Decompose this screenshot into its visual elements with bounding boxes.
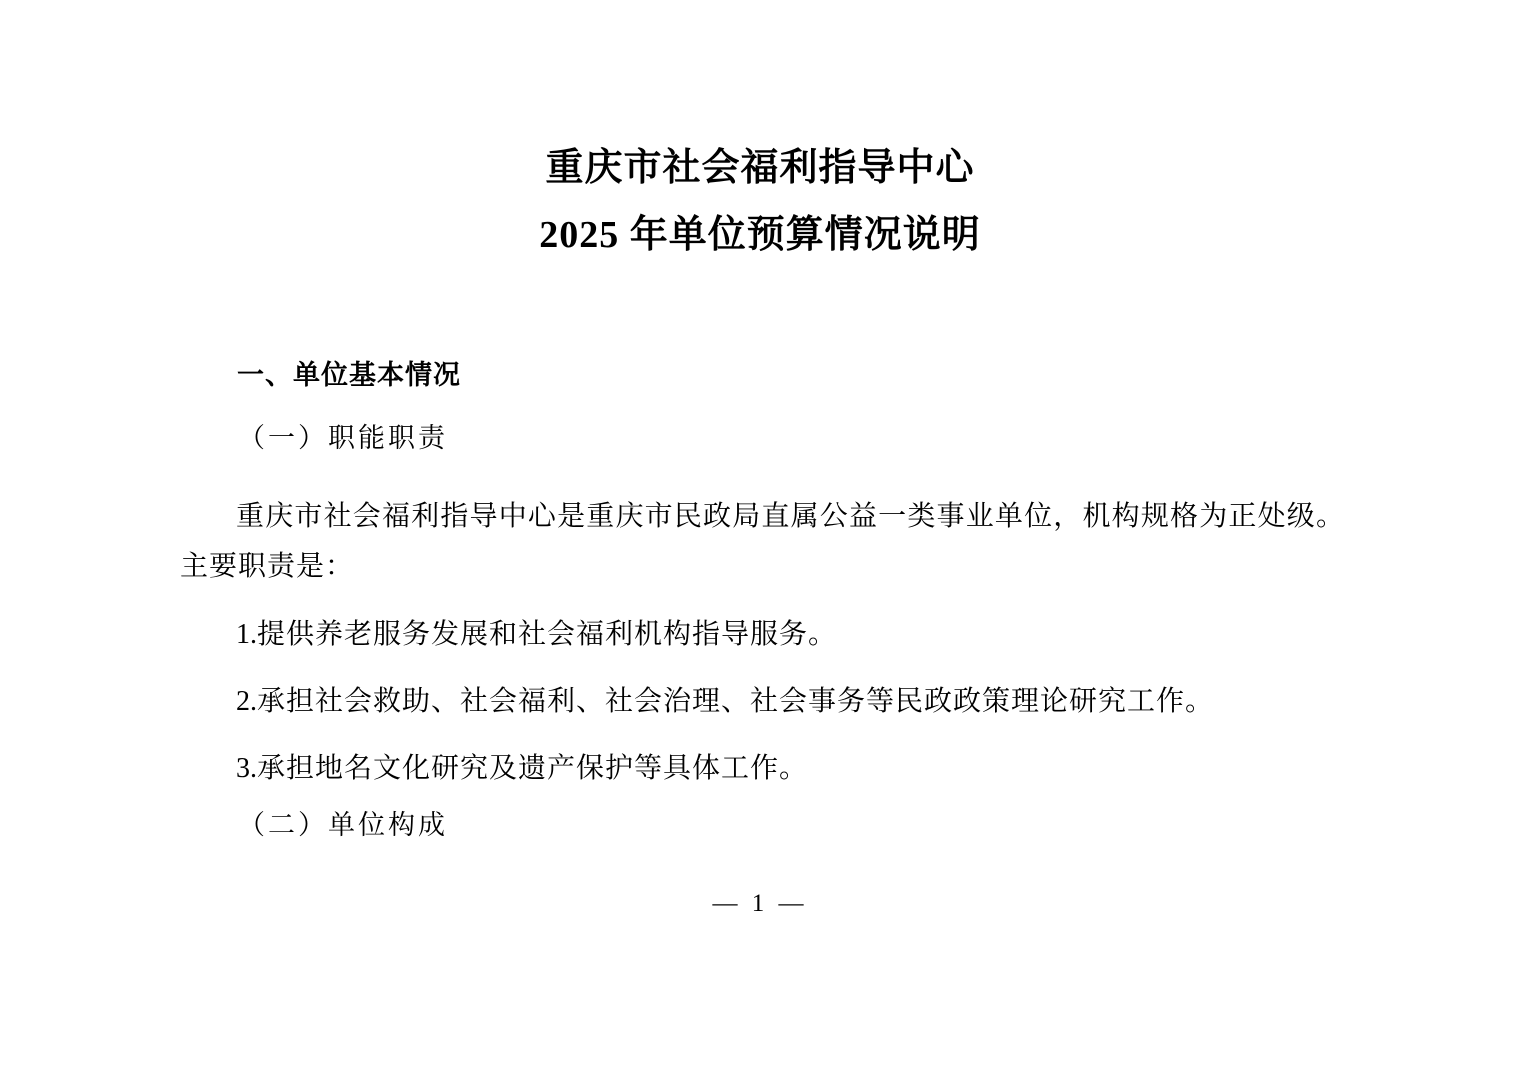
duty-list-item-2: 2.承担社会救助、社会福利、社会治理、社会事务等民政政策理论研究工作。 xyxy=(180,677,1345,727)
document-title-line1: 重庆市社会福利指导中心 xyxy=(0,146,1520,190)
document-title-line2: 2025 年单位预算情况说明 xyxy=(0,213,1520,257)
page-number: — 1 — xyxy=(0,890,1520,918)
paragraph-duties-intro: 重庆市社会福利指导中心是重庆市民政局直属公益一类事业单位，机构规格为正处级。主要… xyxy=(180,492,1345,592)
document-page: 重庆市社会福利指导中心 2025 年单位预算情况说明 一、单位基本情况 （一）职… xyxy=(0,0,1520,1074)
duty-list-item-1-text: 提供养老服务发展和社会福利机构指导服务。 xyxy=(257,619,837,650)
duty-list-item-1-number: 1. xyxy=(236,619,257,650)
duty-list-item-2-text: 承担社会救助、社会福利、社会治理、社会事务等民政政策理论研究工作。 xyxy=(257,686,1214,717)
duty-list-item-3-text: 承担地名文化研究及遗产保护等具体工作。 xyxy=(257,753,808,784)
duty-list-item-2-number: 2. xyxy=(236,686,257,717)
sub-heading-unit-composition: （二）单位构成 xyxy=(238,809,448,841)
section-heading-basic-info: 一、单位基本情况 xyxy=(237,359,461,391)
duty-list-item-3: 3.承担地名文化研究及遗产保护等具体工作。 xyxy=(180,744,1345,794)
duty-list-item-3-number: 3. xyxy=(236,753,257,784)
duty-list-item-1: 1.提供养老服务发展和社会福利机构指导服务。 xyxy=(180,610,1345,660)
sub-heading-functions-duties: （一）职能职责 xyxy=(238,422,448,454)
